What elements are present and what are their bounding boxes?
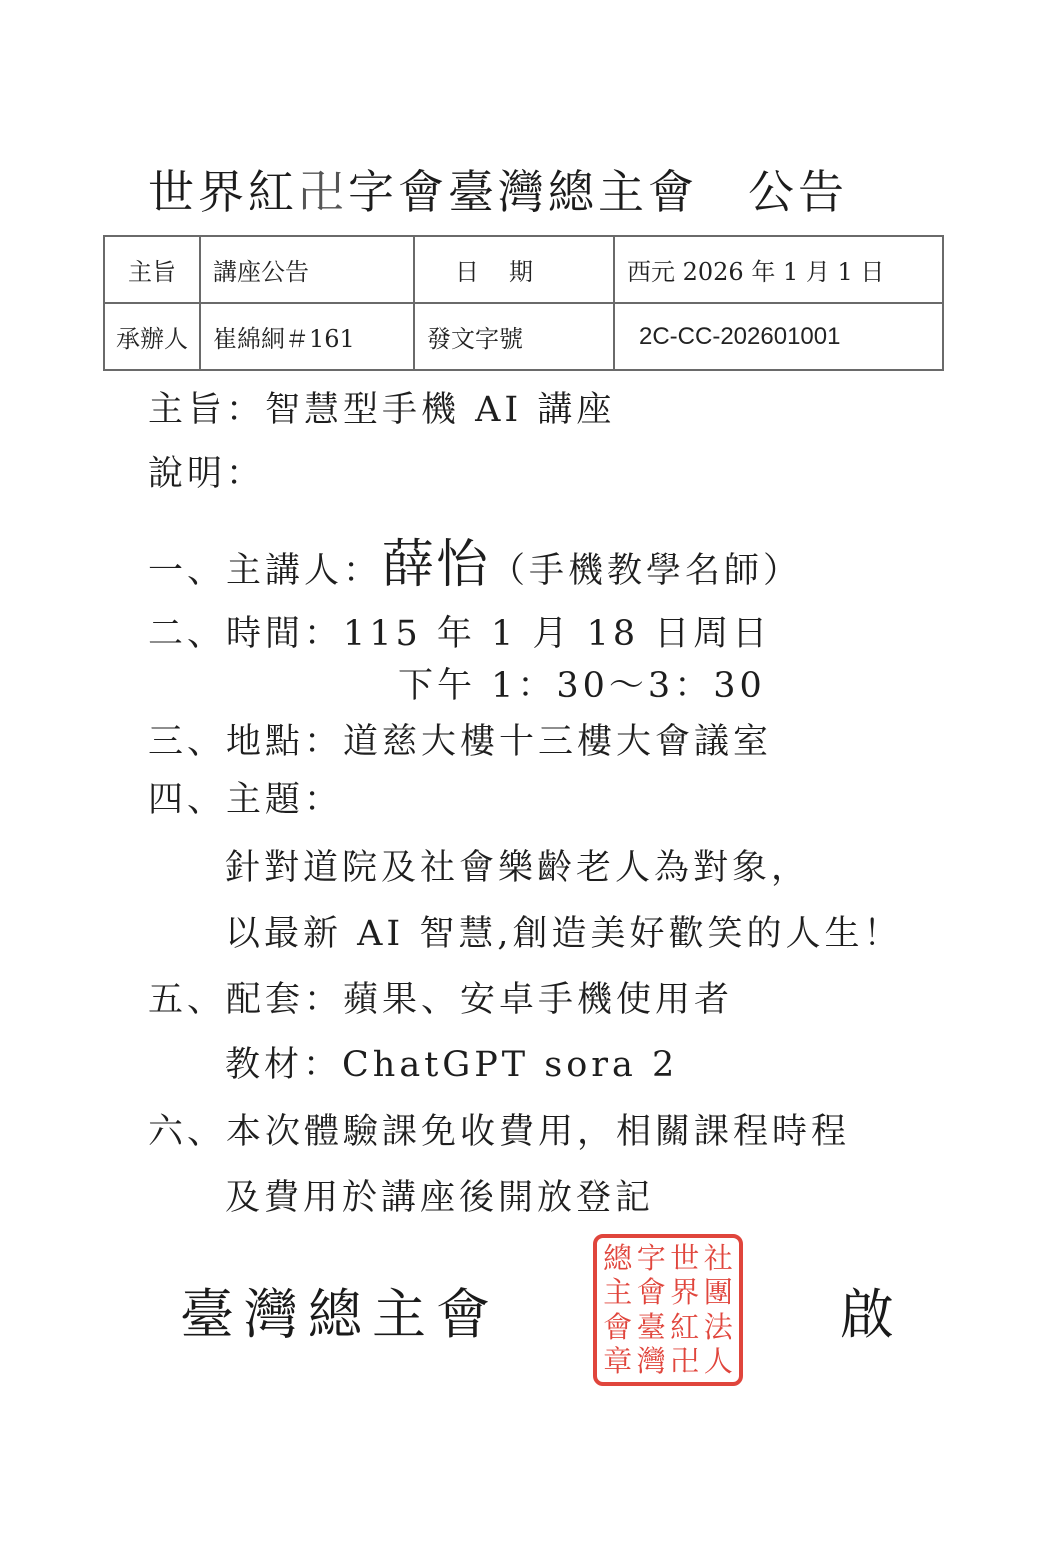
location-line: 三、地點：道慈大樓十三樓大會議室 xyxy=(148,714,772,764)
seal-char: 主 xyxy=(603,1278,632,1307)
official-seal-stamp: 社團法人 世界紅卍 字會臺灣 總主會章 xyxy=(593,1234,743,1386)
seal-char: 會 xyxy=(603,1313,632,1342)
theme-label: 四、主題： xyxy=(148,772,343,822)
subject-value: 講座公告 xyxy=(200,236,414,303)
speaker-title: （手機教學名師） xyxy=(490,551,802,591)
seal-char: 法 xyxy=(704,1313,733,1342)
support-line: 五、配套：蘋果、安卓手機使用者 xyxy=(148,972,733,1022)
date-value: 西元 2026 年 1 月 1 日 xyxy=(614,236,943,303)
fee-line-2: 及費用於講座後開放登記 xyxy=(225,1170,654,1220)
seal-char: 章 xyxy=(603,1347,632,1376)
handler-label: 承辦人 xyxy=(104,303,200,370)
document-title: 世界紅卍字會臺灣總主會 公告 xyxy=(148,156,848,222)
seal-char: 總 xyxy=(603,1244,632,1273)
subject-label: 主旨 xyxy=(104,236,200,303)
seal-char: 會 xyxy=(637,1278,666,1307)
footer-organization: 臺灣總主會 xyxy=(180,1272,500,1349)
meta-row-handler: 承辦人 崔綿絅＃161 發文字號 2C-CC-202601001 xyxy=(104,303,943,370)
speaker-prefix: 一、主講人： xyxy=(148,551,382,591)
speaker-line: 一、主講人：薛怡（手機教學名師） xyxy=(148,522,802,597)
time-line-2: 下午 1：30～3：30 xyxy=(398,658,766,708)
seal-char: 人 xyxy=(704,1347,733,1376)
title-text-prefix: 世界紅 xyxy=(148,165,298,219)
doc-number-value: 2C-CC-202601001 xyxy=(614,303,943,370)
explanation-label: 說明： xyxy=(148,446,265,496)
subject-line: 主旨：智慧型手機 AI 講座 xyxy=(148,382,615,432)
seal-char: 字 xyxy=(637,1244,666,1273)
seal-char: 灣 xyxy=(637,1347,666,1376)
fee-line-1: 六、本次體驗課免收費用，相關課程時程 xyxy=(148,1104,850,1154)
title-text-suffix: 字會臺灣總主會 公告 xyxy=(348,165,848,219)
seal-char: 紅 xyxy=(670,1313,699,1342)
seal-char: 界 xyxy=(670,1278,699,1307)
seal-column-3: 字會臺灣 xyxy=(637,1244,666,1376)
seal-char: 卍 xyxy=(670,1347,699,1376)
title-manji-symbol: 卍 xyxy=(298,165,348,219)
doc-number-label: 發文字號 xyxy=(414,303,614,370)
speaker-name: 薛怡 xyxy=(382,535,490,595)
materials-line: 教材：ChatGPT sora 2 xyxy=(225,1037,678,1087)
footer-closing: 啟 xyxy=(840,1272,894,1349)
theme-line-2: 以最新 AI 智慧,創造美好歡笑的人生！ xyxy=(225,906,902,956)
seal-column-4: 總主會章 xyxy=(603,1244,632,1376)
seal-column-1: 社團法人 xyxy=(704,1244,733,1376)
seal-char: 世 xyxy=(670,1244,699,1273)
time-line-1: 二、時間：115 年 1 月 18 日周日 xyxy=(148,606,771,656)
seal-char: 社 xyxy=(704,1244,733,1273)
meta-row-subject: 主旨 講座公告 日期 西元 2026 年 1 月 1 日 xyxy=(104,236,943,303)
date-label: 日期 xyxy=(414,236,614,303)
document-meta-table: 主旨 講座公告 日期 西元 2026 年 1 月 1 日 承辦人 崔綿絅＃161… xyxy=(103,235,944,371)
theme-line-1: 針對道院及社會樂齡老人為對象， xyxy=(225,840,810,890)
seal-column-2: 世界紅卍 xyxy=(670,1244,699,1376)
seal-char: 團 xyxy=(704,1278,733,1307)
seal-char: 臺 xyxy=(637,1313,666,1342)
handler-value: 崔綿絅＃161 xyxy=(200,303,414,370)
